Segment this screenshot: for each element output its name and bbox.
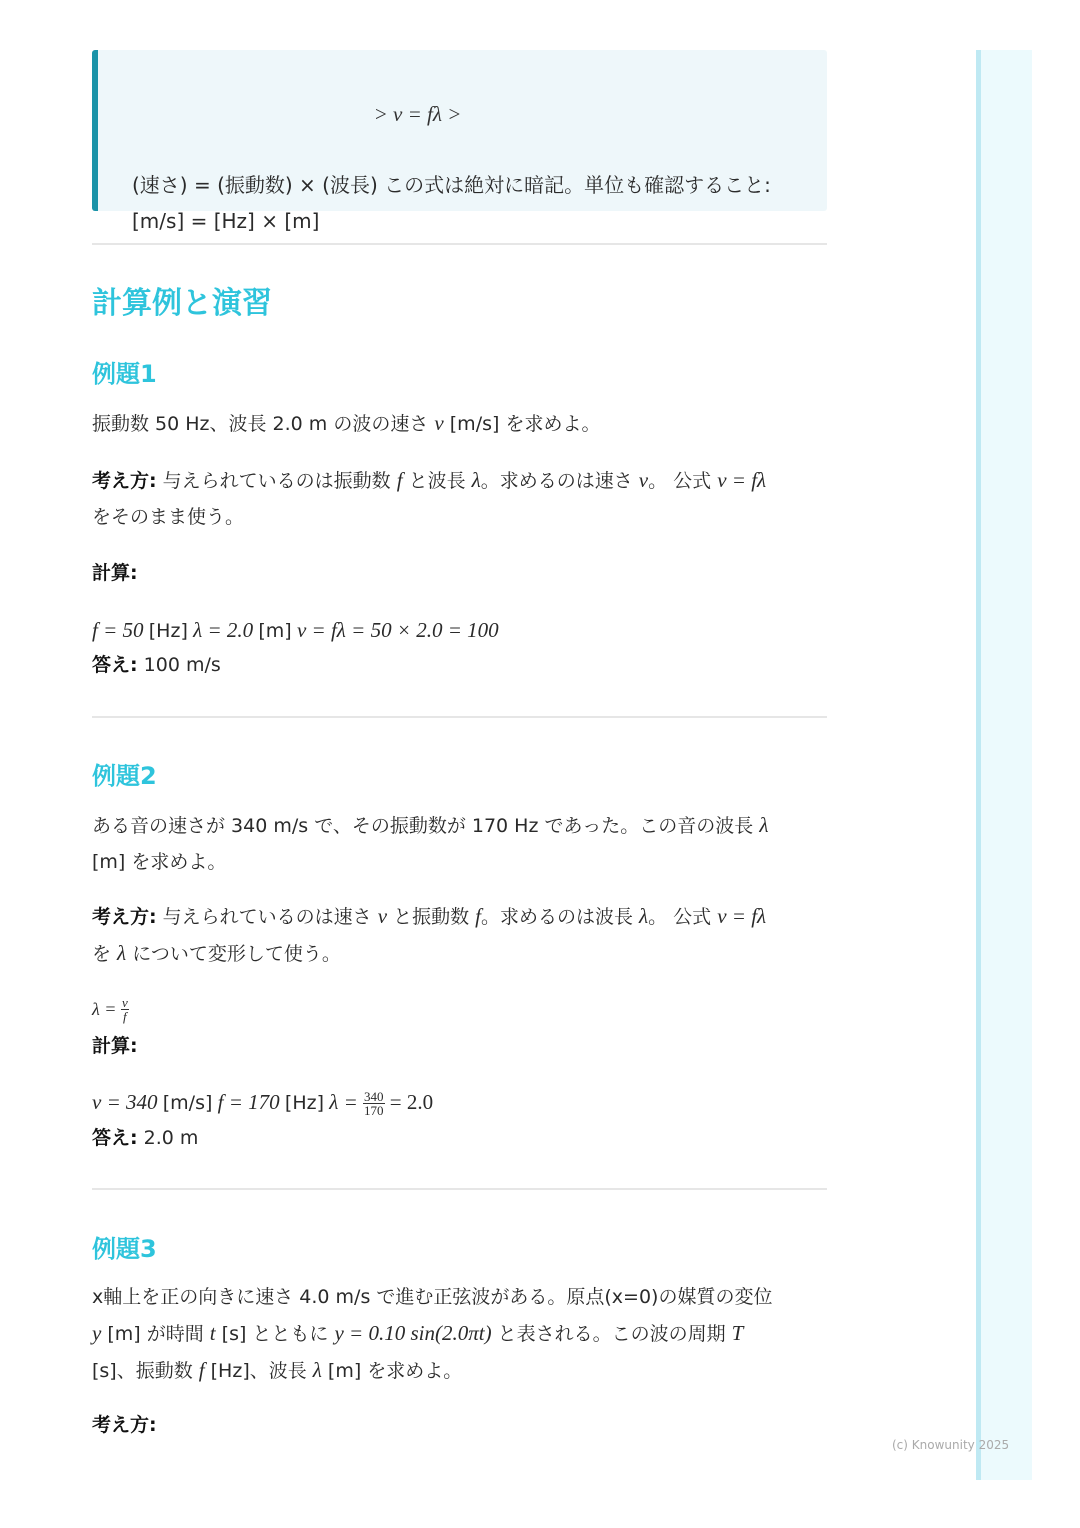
- example3-problem: x軸上を正の向きに速さ 4.0 m/s で進む正弦波がある。原点(x=0)の媒質…: [92, 1279, 827, 1389]
- divider: [92, 716, 827, 718]
- example2-problem: ある音の速さが 340 m/s で、その振動数が 170 Hz であった。この音…: [92, 807, 827, 880]
- fraction: vf: [121, 996, 129, 1023]
- example1-calc-label: 計算:: [92, 555, 827, 591]
- example3-title: 例題3: [92, 1229, 157, 1264]
- example1-approach: 考え方: 与えられているのは振動数 f と波長 λ。求めるのは速さ v。 公式 …: [92, 462, 827, 535]
- callout-formula: > v = fλ >: [8, 102, 827, 127]
- example2-approach: 考え方: 与えられているのは速さ v と振動数 f。求めるのは波長 λ。 公式 …: [92, 898, 827, 972]
- section-title: 計算例と演習: [92, 278, 272, 322]
- example2-derived-formula: λ = vf: [92, 994, 827, 1024]
- formula-callout: > v = fλ > (速さ) = (振動数) × (波長) この式は絶対に暗記…: [92, 50, 827, 211]
- divider: [92, 243, 827, 245]
- example1-title: 例題1: [92, 354, 157, 389]
- example1-problem: 振動数 50 Hz、波長 2.0 m の波の速さ v [m/s] を求めよ。: [92, 405, 827, 442]
- fraction: 340170: [363, 1090, 385, 1117]
- example2-title: 例題2: [92, 756, 157, 791]
- copyright-footer: (c) Knowunity 2025: [892, 1438, 1009, 1452]
- example2-calc-label: 計算:: [92, 1028, 827, 1064]
- callout-note-line1: (速さ) = (振動数) × (波長) この式は絶対に暗記。単位も確認すること:: [132, 167, 807, 203]
- divider: [92, 1188, 827, 1190]
- approach-label: 考え方:: [92, 470, 157, 492]
- example1-calc: f = 50 [Hz] λ = 2.0 [m] v = fλ = 50 × 2.…: [92, 612, 827, 649]
- example2-calc: v = 340 [m/s] f = 170 [Hz] λ = 340170 = …: [92, 1084, 827, 1121]
- example3-approach-label: 考え方:: [92, 1407, 827, 1443]
- callout-note-line2: [m/s] = [Hz] × [m]: [132, 203, 807, 239]
- example2-answer: 答え: 2.0 m: [92, 1120, 827, 1156]
- callout-note: (速さ) = (振動数) × (波長) この式は絶対に暗記。単位も確認すること:…: [132, 167, 807, 239]
- side-panel: [976, 50, 1032, 1480]
- example1-answer: 答え: 100 m/s: [92, 647, 827, 683]
